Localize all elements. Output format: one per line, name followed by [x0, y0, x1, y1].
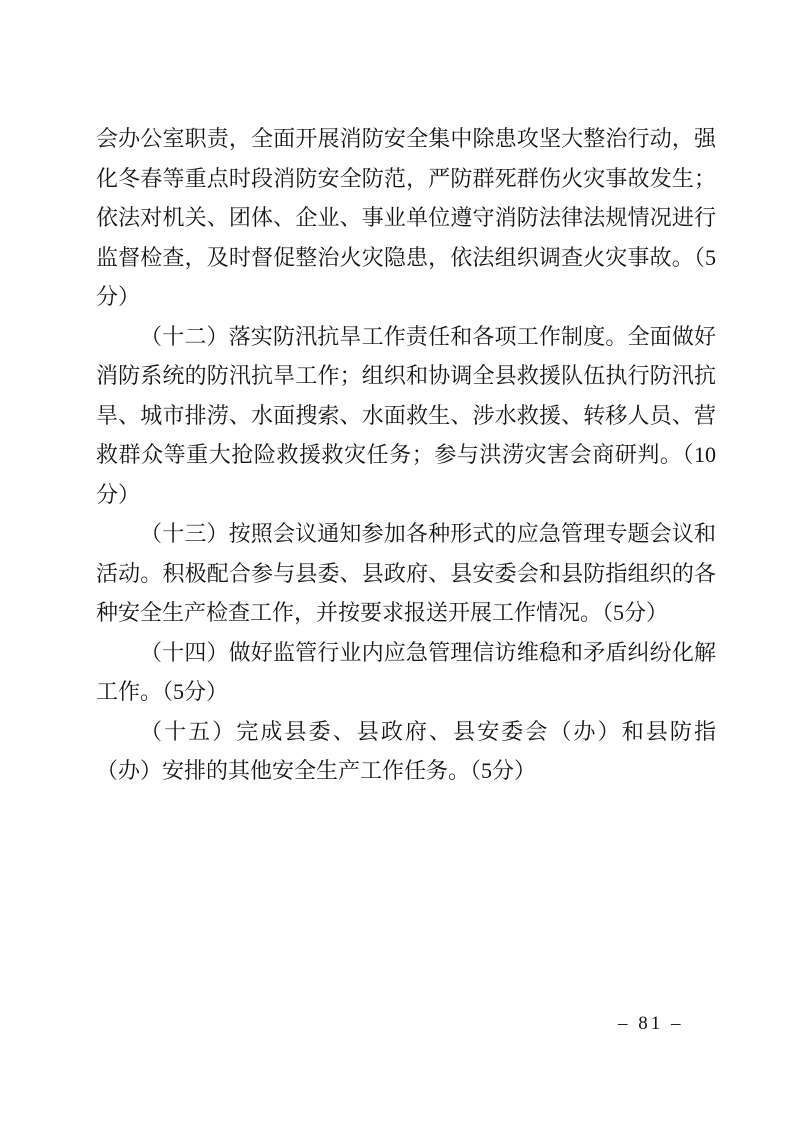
document-body: 会办公室职责，全面开展消防安全集中除患攻坚大整治行动，强化冬春等重点时段消防安全…: [96, 119, 716, 791]
page-number: – 81 –: [618, 1013, 684, 1035]
paragraph-item-12: （十二）落实防汛抗旱工作责任和各项工作制度。全面做好消防系统的防汛抗旱工作；组织…: [96, 317, 716, 515]
paragraph-item-15: （十五）完成县委、县政府、县安委会（办）和县防指（办）安排的其他安全生产工作任务…: [96, 712, 716, 791]
paragraph-continuation: 会办公室职责，全面开展消防安全集中除患攻坚大整治行动，强化冬春等重点时段消防安全…: [96, 119, 716, 317]
paragraph-item-13: （十三）按照会议通知参加各种形式的应急管理专题会议和活动。积极配合参与县委、县政…: [96, 514, 716, 633]
paragraph-item-14: （十四）做好监管行业内应急管理信访维稳和矛盾纠纷化解工作。（5分）: [96, 633, 716, 712]
